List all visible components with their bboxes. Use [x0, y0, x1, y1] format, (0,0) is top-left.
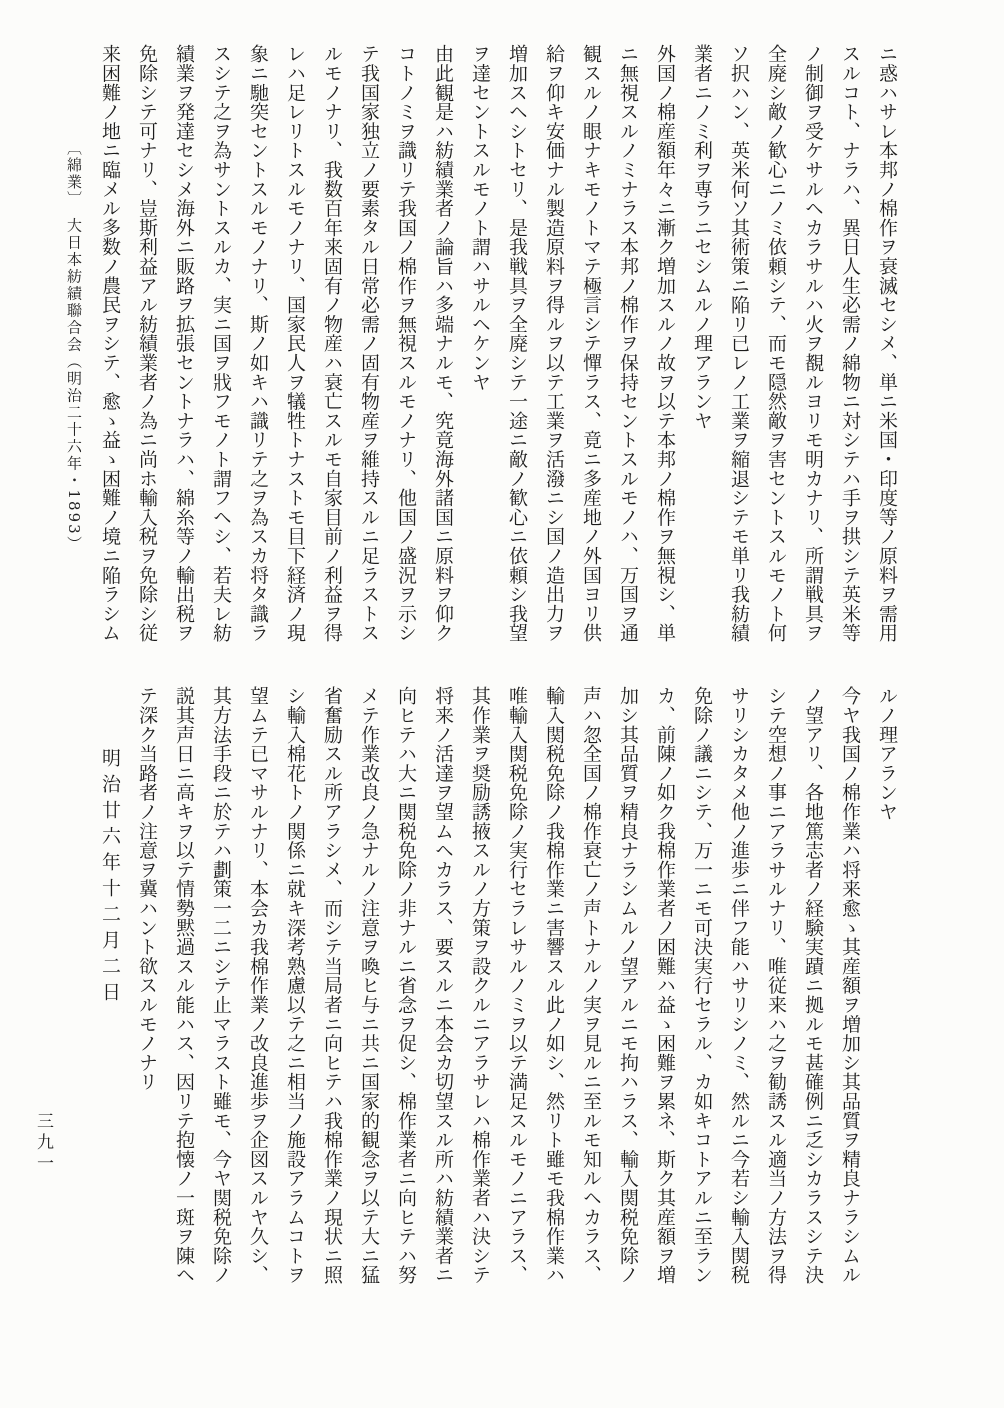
text-column: 観スルノ眼ナキモノトマテ極言シテ憚ラス、竟ニ多産地ノ外国ヨリ供	[581, 44, 600, 644]
text-column: コトノミヲ識リテ我国ノ棉作ヲ無視スルモノナリ、他国ノ盛況ヲ示シ	[396, 44, 415, 644]
text-column: シテ空想ノ事ニアラサルナリ、唯従来ハ之ヲ勧誘スル適当ノ方法ヲ得	[766, 686, 785, 1286]
text-column: 説其声日ニ高キヲ以テ情勢黙過スル能ハス、因リテ抱懐ノ一斑ヲ陳ヘ	[174, 686, 193, 1286]
text-column: 省奮励スル所アラシメ、而シテ当局者ニ向ヒテハ我棉作業ノ現状ニ照	[322, 686, 341, 1286]
text-column: 象ニ馳突セントスルモノナリ、斯ノ如キハ識リテ之ヲ為スカ将タ識ラ	[248, 44, 267, 644]
page-number: 三九一	[34, 1112, 51, 1175]
text-column: 業者ニノミ利ヲ専ラニセシムルノ理アランヤ	[692, 44, 711, 644]
source-attribution: 〔綿業〕 大日本紡績聯合会（明治二十六年・1893）	[66, 44, 82, 644]
text-column: 唯輸入関税免除ノ実行セラレサルノミヲ以テ満足スルモノニアラス、	[507, 686, 526, 1286]
text-column: ルノ理アランヤ	[877, 686, 896, 1286]
bottom-text-block: ルノ理アランヤ今ヤ我国ノ棉作業ハ将来愈ゝ其産額ヲ増加シ其品質ヲ精良ナラシムルノ望…	[84, 686, 896, 1286]
text-column: 全廃シ敵ノ歓心ニノミ依頼シテ、而モ隠然敵ヲ害セントスルモノト何	[766, 44, 785, 644]
text-column: 来困難ノ地ニ臨メル多数ノ農民ヲシテ、愈ゝ益ゝ困難ノ境ニ陥ラシム	[100, 44, 119, 644]
text-column: 向ヒテハ大ニ関税免除ノ非ナルニ省念ヲ促シ、棉作業者ニ向ヒテハ努	[396, 686, 415, 1286]
text-column: 声ハ忽全国ノ棉作衰亡ノ声トナルノ実ヲ見ルニ至ルモ知ルヘカラス、	[581, 686, 600, 1286]
text-column: 望ムテ已マサルナリ、本会カ我棉作業ノ改良進歩ヲ企図スルヤ久シ、	[248, 686, 267, 1286]
text-column: 今ヤ我国ノ棉作業ハ将来愈ゝ其産額ヲ増加シ其品質ヲ精良ナラシムル	[840, 686, 859, 1286]
text-column: サリシカタメ他ノ進歩ニ伴フ能ハサリシノミ、然ルニ今若シ輸入関税	[729, 686, 748, 1286]
text-column: 増加スヘシトセリ、是我戦具ヲ全廃シテ一途ニ敵ノ歓心ニ依頼シ我望	[507, 44, 526, 644]
text-column: テ深ク当路者ノ注意ヲ冀ハント欲スルモノナリ	[137, 686, 156, 1286]
text-column: 免除シテ可ナリ、豈斯利益アル紡績業者ノ為ニ尚ホ輸入税ヲ免除シ従	[137, 44, 156, 644]
top-text-block: ニ惑ハサレ本邦ノ棉作ヲ衰滅セシメ、単ニ米国・印度等ノ原料ヲ需用スルコト、ナラハ、…	[40, 44, 896, 644]
document-date: 明治廿六年十二月二日	[100, 686, 119, 1286]
text-column: ノ望アリ、各地篤志者ノ経験実蹟ニ拠ルモ甚確例ニ乏シカラスシテ決	[803, 686, 822, 1286]
text-column: テ我国家独立ノ要素タル日常必需ノ固有物産ヲ維持スルニ足ラストス	[359, 44, 378, 644]
text-column: 免除ノ議ニシテ、万一ニモ可決実行セラル、カ如キコトアルニ至ラン	[692, 686, 711, 1286]
text-column: 外国ノ棉産額年々ニ漸ク増加スルノ故ヲ以テ本邦ノ棉作ヲ無視シ、単	[655, 44, 674, 644]
document-page: ニ惑ハサレ本邦ノ棉作ヲ衰滅セシメ、単ニ米国・印度等ノ原料ヲ需用スルコト、ナラハ、…	[0, 0, 1004, 1408]
text-column: ソ択ハン、英米何ソ其術策ニ陥リ已レノ工業ヲ縮退シテモ単リ我紡績	[729, 44, 748, 644]
text-column: ニ惑ハサレ本邦ノ棉作ヲ衰滅セシメ、単ニ米国・印度等ノ原料ヲ需用	[877, 44, 896, 644]
text-column: スシテ之ヲ為サントスルカ、実ニ国ヲ戕フモノト謂フヘシ、若夫レ紡	[211, 44, 230, 644]
text-column: 将来ノ活達ヲ望ムヘカラス、要スルニ本会カ切望スル所ハ紡績業者ニ	[433, 686, 452, 1286]
text-column: 其作業ヲ奨励誘掖スルノ方策ヲ設クルニアラサレハ棉作業者ハ決シテ	[470, 686, 489, 1286]
text-column: 輸入関税免除ノ我棉作業ニ害響スル此ノ如シ、然リト雖モ我棉作業ハ	[544, 686, 563, 1286]
text-column: レハ足レリトスルモノナリ、国家民人ヲ犠牲トナストモ目下経済ノ現	[285, 44, 304, 644]
text-column: スルコト、ナラハ、異日人生必需ノ綿物ニ対シテハ手ヲ拱シテ英米等	[840, 44, 859, 644]
text-column: ヲ達セントスルモノト謂ハサルヘケンヤ	[470, 44, 489, 644]
text-column: ノ制御ヲ受ケサルヘカラサルハ火ヲ覩ルヨリモ明カナリ、所謂戦具ヲ	[803, 44, 822, 644]
text-column: ニ無視スルノミナラス本邦ノ棉作ヲ保持セントスルモノハ、万国ヲ通	[618, 44, 637, 644]
text-column: ルモノナリ、我数百年来固有ノ物産ハ衰亡スルモ自家目前ノ利益ヲ得	[322, 44, 341, 644]
text-column: 其方法手段ニ於テハ劃策一二ニシテ止マラスト雖モ、今ヤ関税免除ノ	[211, 686, 230, 1286]
text-column: 給ヲ仰キ安価ナル製造原料ヲ得ルヲ以テ工業ヲ活潑ニシ国ノ造出力ヲ	[544, 44, 563, 644]
text-column: メテ作業改良ノ急ナルノ注意ヲ喚ヒ与ニ共ニ国家的観念ヲ以テ大ニ猛	[359, 686, 378, 1286]
text-column: 加シ其品質ヲ精良ナラシムルノ望アルニモ拘ハラス、輸入関税免除ノ	[618, 686, 637, 1286]
text-column: カ、前陳ノ如ク我棉作業者ノ困難ハ益ゝ困難ヲ累ネ、斯ク其産額ヲ増	[655, 686, 674, 1286]
text-column: 由此観是ハ紡績業者ノ論旨ハ多端ナルモ、究竟海外諸国ニ原料ヲ仰ク	[433, 44, 452, 644]
text-column: 績業ヲ発達セシメ海外ニ販路ヲ拡張セントナラハ、綿糸等ノ輸出税ヲ	[174, 44, 193, 644]
text-column: シ輸入棉花トノ関係ニ就キ深考熟慮以テ之ニ相当ノ施設アラムコトヲ	[285, 686, 304, 1286]
